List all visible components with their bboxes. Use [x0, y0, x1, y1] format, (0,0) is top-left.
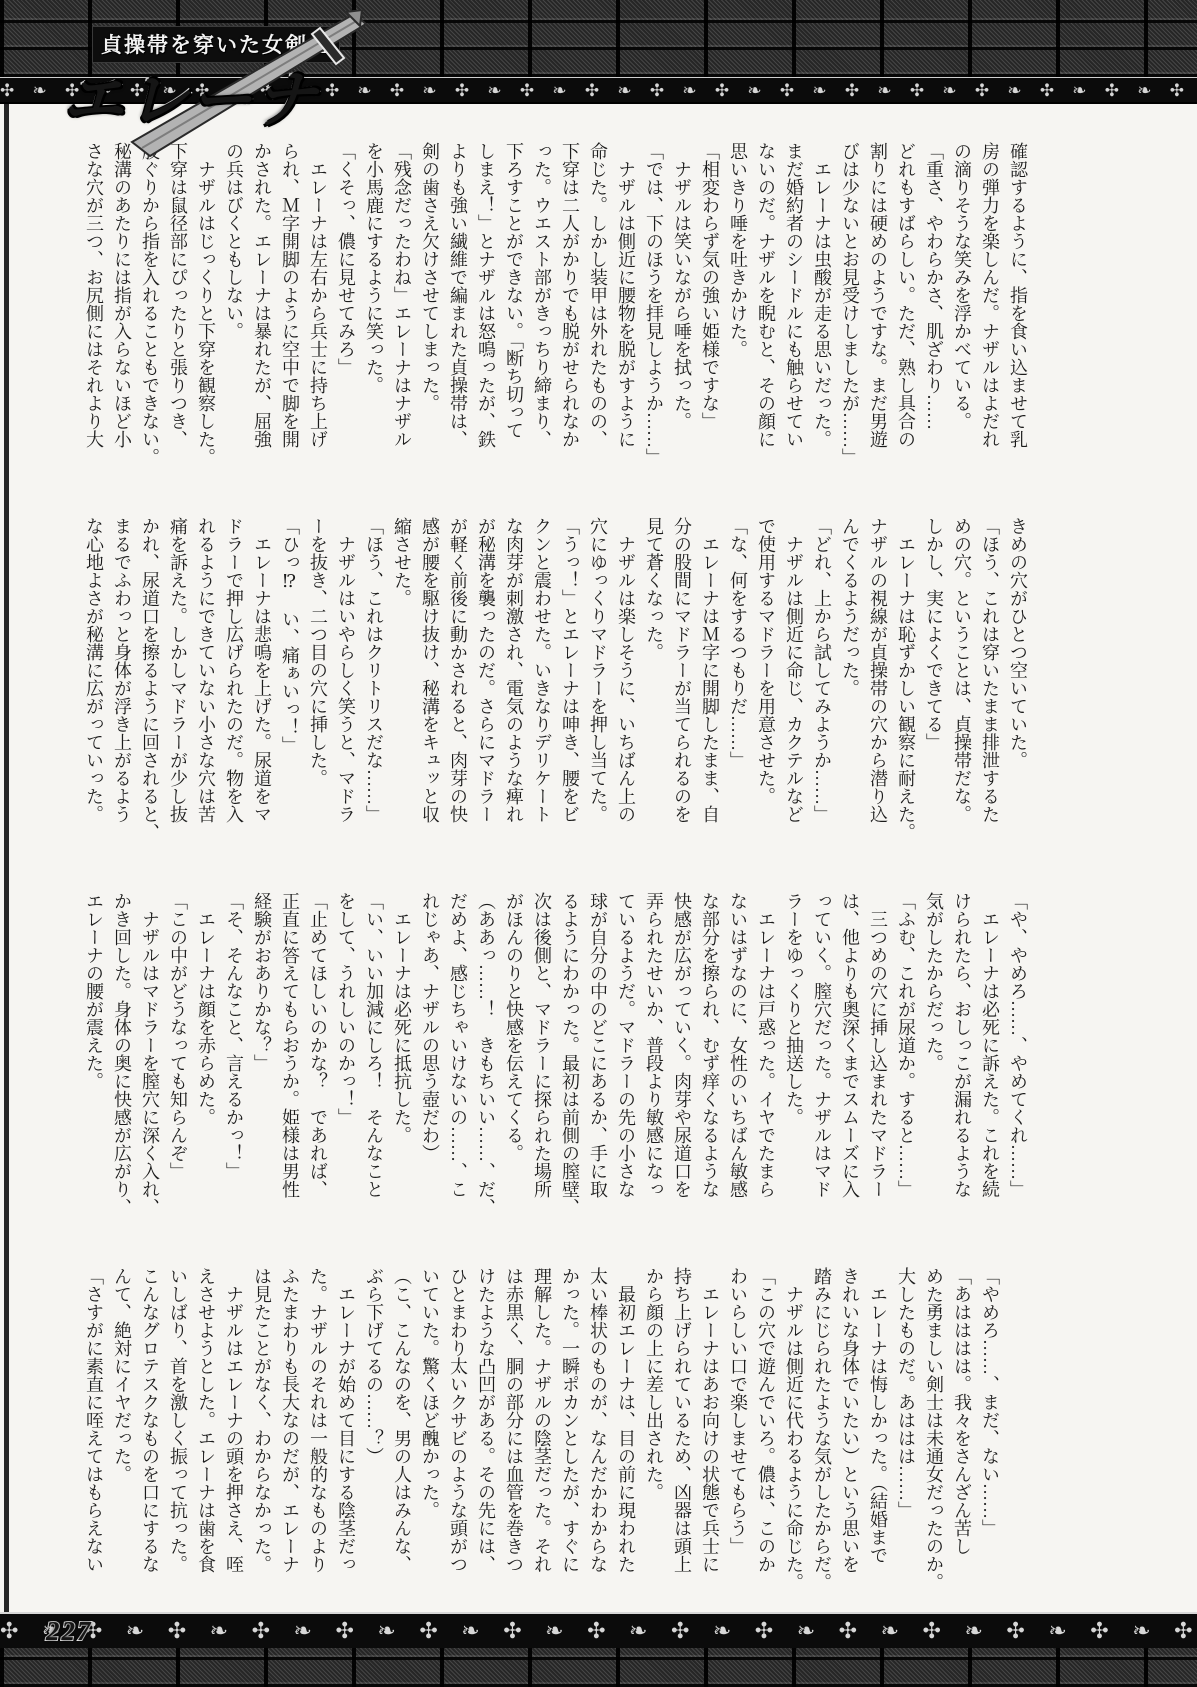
text-band-1: 確認するように、指を食い込ませて乳 房の弾力を楽しんだ。ナザルはよだれ の滴りそ…: [80, 142, 1032, 486]
bottom-brick-texture: [0, 1648, 1197, 1687]
text-band-4: 「やめろ……、まだ、ない……」 「あはははは。我々をさんざん苦し めた勇ましい剣…: [80, 1267, 1004, 1611]
text-area: 確認するように、指を食い込ませて乳 房の弾力を楽しんだ。ナザルはよだれ の滴りそ…: [0, 104, 1197, 1611]
page-edge-shadow: [4, 104, 9, 1612]
bottom-ornament-border: ✣ ❧ ✣ ❧ ✣ ❧ ✣ ❧ ✣ ❧ ✣ ❧ ✣ ❧ ✣ ❧ ✣ ❧ ✣ ❧ …: [0, 1612, 1197, 1648]
series-logo: 貞操帯を穿いた女剣士 エレーナ: [58, 10, 368, 160]
ornament-motif: ✣ ❧ ✣ ❧ ✣ ❧ ✣ ❧ ✣ ❧ ✣ ❧ ✣ ❧ ✣ ❧ ✣ ❧ ✣ ❧ …: [0, 1618, 1197, 1643]
page-number: 227: [46, 1615, 93, 1648]
logo-title: エレーナ: [62, 50, 318, 139]
text-band-2: きめの穴がひとつ空いていた。 「ほう、これは穿いたまま排泄するた めの穴。という…: [80, 517, 1032, 861]
text-band-3: 「や、やめろ……、やめてくれ……」 エレーナは必死に訴えた。これを続 けられたら…: [80, 892, 1032, 1236]
page-body: 確認するように、指を食い込ませて乳 房の弾力を楽しんだ。ナザルはよだれ の滴りそ…: [0, 104, 1197, 1612]
